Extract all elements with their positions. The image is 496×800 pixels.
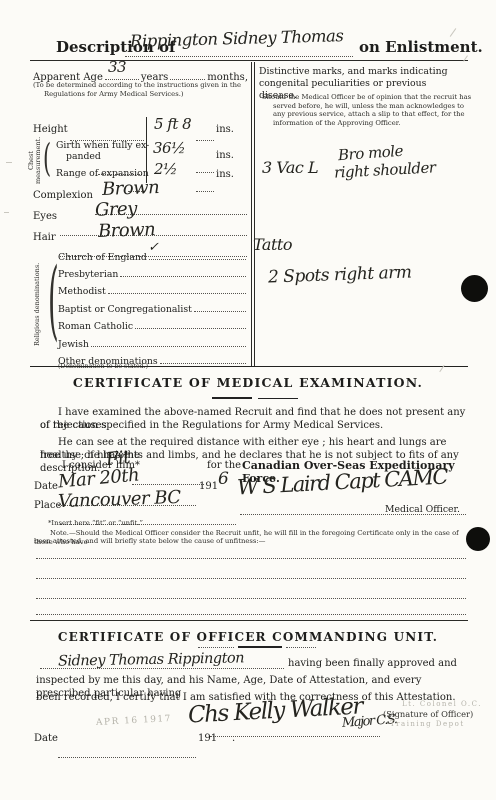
scanned-enlistment-form: Description of Rippington Sidney Thomas …: [0, 0, 496, 800]
girth-label-line1: Girth when fully ex-: [56, 140, 149, 151]
section-rule: [30, 620, 468, 621]
recruit-name-handwritten: Rippington Sidney Thomas: [130, 26, 344, 51]
unfit-note-line2: been attested, and will briefly state be…: [34, 537, 472, 546]
chest-brace: (: [43, 136, 51, 180]
church-of-england-check: ✓: [148, 240, 158, 255]
mark2-line1-handwritten: Tatto: [253, 235, 292, 254]
medical-date-label: Date: [34, 481, 58, 492]
mark2-line2-handwritten: 2 Spots right arm: [268, 263, 412, 288]
officer-title-rule: [198, 646, 318, 648]
denomination-label: Jewish: [58, 339, 89, 350]
range-value-handwritten: 2½: [154, 160, 177, 178]
hair-label: Hair: [33, 232, 56, 243]
mark1-line2-handwritten: right shoulder: [334, 158, 436, 181]
denomination-label: Baptist or Congregationalist: [58, 304, 192, 315]
denomination-row: Roman Catholic: [58, 315, 248, 332]
medical-officer-role: Medical Officer.: [385, 504, 460, 515]
girth-value-handwritten: 36½: [153, 139, 185, 157]
column-divider-2: [254, 62, 255, 366]
denomination-row: Other denominations: [58, 349, 248, 363]
apparent-age-note: (To be determined according to the instr…: [33, 81, 256, 98]
blank-line-4: [36, 614, 466, 615]
medical-title-rule: [212, 397, 302, 399]
edge-speck: [4, 212, 9, 213]
punch-hole-top: [461, 275, 488, 302]
officer-certificate-title: CERTIFICATE OF OFFICER COMMANDING UNIT.: [0, 630, 496, 644]
denomination-label: Methodist: [58, 286, 106, 297]
denomination-list: Church of England Presbyterian Methodist…: [58, 245, 248, 371]
denomination-label: Church of England: [58, 252, 147, 263]
girth-leader-2: [196, 158, 214, 173]
distinctive-marks-note: Should the Medical Officer be of opinion…: [262, 93, 473, 128]
height-label: Height: [33, 124, 68, 135]
column-divider-1: [251, 62, 252, 366]
blank-line-3: [36, 598, 466, 599]
height-unit: ins.: [216, 124, 234, 135]
height-leader: [70, 126, 144, 141]
denomination-row: Baptist or Congregationalist: [58, 297, 248, 314]
blank-line-2: [36, 578, 466, 579]
bottom-year-prefix: 191: [198, 733, 217, 744]
denomination-row: Jewish: [58, 332, 248, 349]
title-name-line: [125, 56, 353, 57]
bottom-date-leader: [58, 743, 196, 758]
girth-unit: ins.: [216, 150, 234, 161]
chest-measurement-vertical-label: Chest measurement.: [28, 138, 42, 184]
date-stamp: APR 16 1917: [96, 714, 172, 728]
denomination-label: Presbyterian: [58, 269, 118, 280]
complexion-value-handwritten: Brown: [102, 177, 160, 200]
signature-of-officer-label: (Signature of Officer): [383, 709, 473, 719]
complexion-label: Complexion: [33, 190, 93, 201]
height-leader-2: [196, 126, 214, 141]
girth-label-line2: panded: [66, 151, 101, 162]
range-unit: ins.: [216, 169, 234, 180]
denomination-row: Presbyterian: [58, 262, 248, 279]
officer-recruit-name-handwritten: Sidney Thomas Rippington: [58, 650, 244, 669]
medical-year-value-handwritten: 6: [218, 469, 228, 489]
consider-leader: [132, 470, 204, 485]
height-value-handwritten: 5 ft 8: [154, 115, 191, 133]
medical-year-prefix: 191: [199, 481, 218, 492]
range-leader-2: [196, 177, 214, 192]
eyes-value-handwritten: Grey: [95, 198, 138, 220]
medical-certificate-title: CERTIFICATE OF MEDICAL EXAMINATION.: [0, 375, 496, 390]
officer-stamp-line2: Training Depot: [390, 720, 465, 728]
insert-fit-note: *Insert here “fit” or “unfit.”: [48, 519, 143, 528]
form-title-suffix: on Enlistment.: [359, 38, 483, 56]
denomination-label: Roman Catholic: [58, 321, 133, 332]
bottom-year-period: .: [232, 733, 235, 744]
officer-signature-line: [210, 722, 380, 737]
religious-denominations-vertical-label: Religious denominations.: [34, 252, 41, 356]
blank-line-1: [36, 558, 466, 559]
eyes-label: Eyes: [33, 211, 57, 222]
officer-para-line1: having been finally approved and: [288, 657, 457, 670]
bottom-date-label: Date: [34, 733, 58, 744]
edge-speck: [6, 162, 12, 163]
title-rule: [30, 60, 468, 61]
apparent-age-value-handwritten: 33: [108, 58, 126, 76]
officer-stamp-line1: Lt. Colonel O.C.: [402, 700, 482, 708]
mark1-prefix-handwritten: 3 Vac L: [262, 158, 318, 177]
denomination-row: Methodist: [58, 280, 248, 297]
medical-para1-line2: of rejection specified in the Regulation…: [40, 419, 472, 432]
punch-hole-bottom: [466, 527, 490, 551]
hair-value-handwritten: Brown: [98, 219, 156, 242]
place-value-handwritten: Vancouver BC: [58, 487, 181, 512]
apparent-age-row: Apparent Age years months,: [33, 65, 248, 83]
pencil-mark: [450, 28, 457, 37]
